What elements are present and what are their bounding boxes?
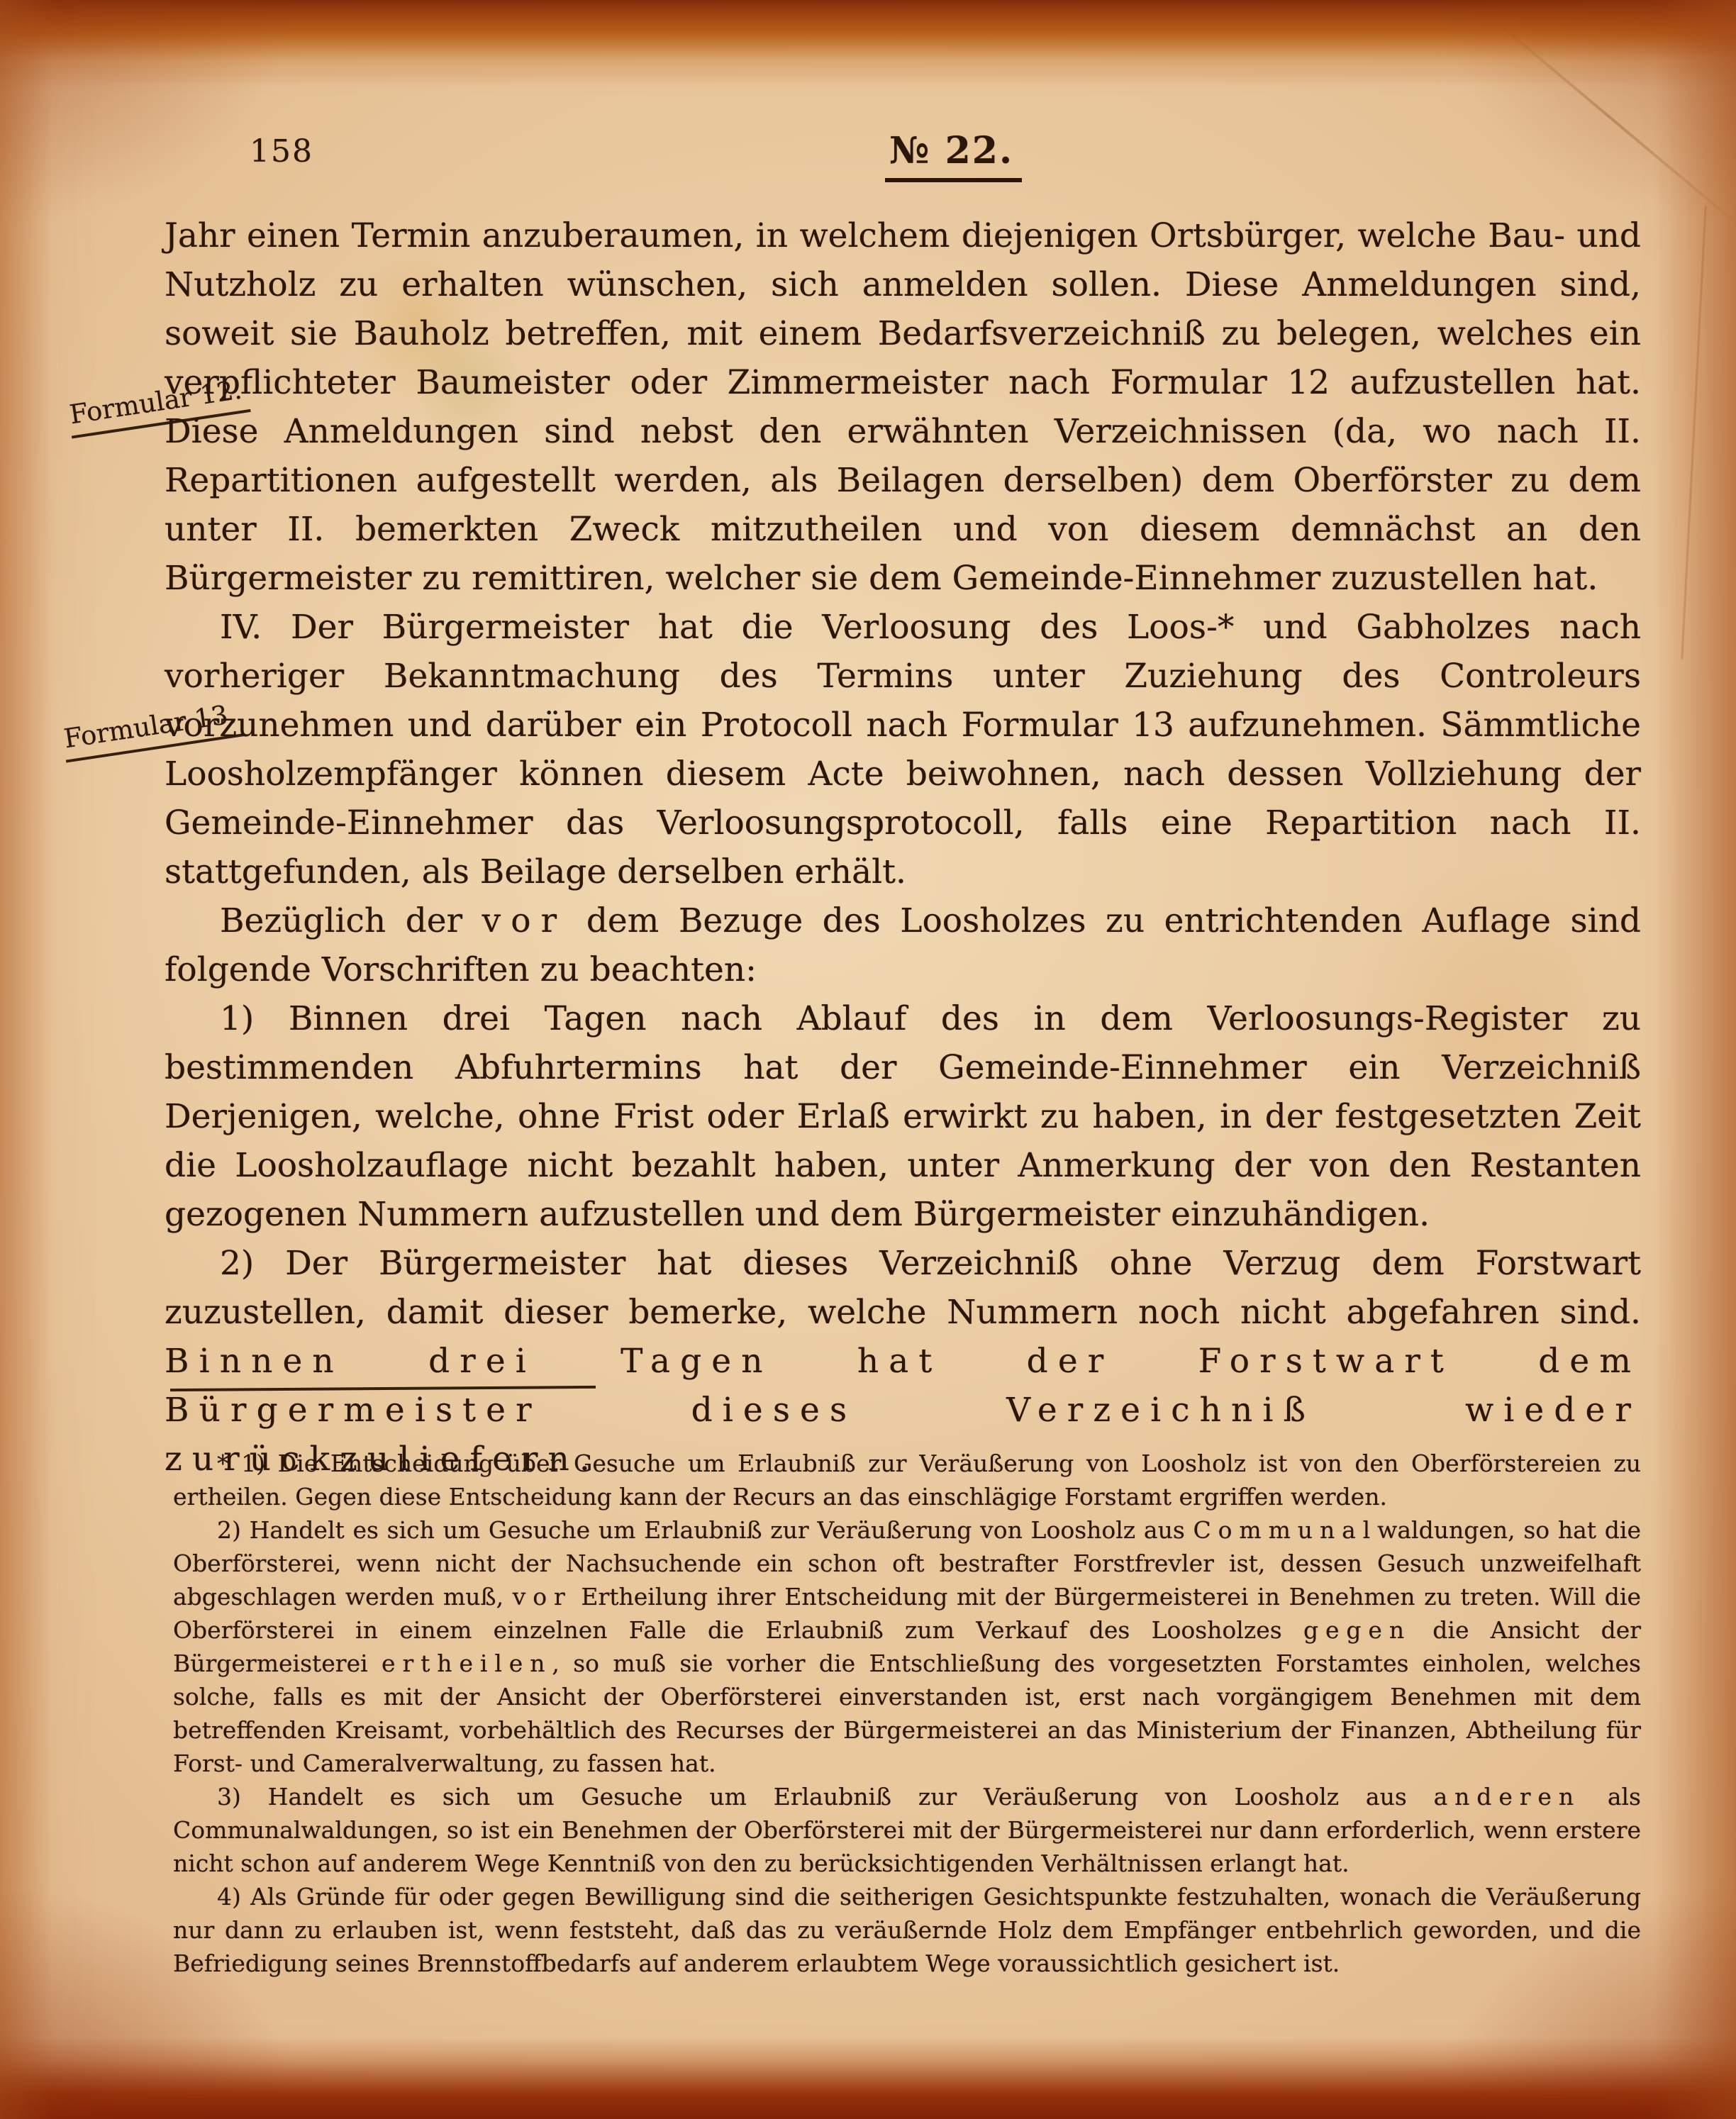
page-number: 158 <box>250 133 313 169</box>
text-segment: * 1) Die Entscheidung über Gesuche um Er… <box>173 1450 1641 1511</box>
corner-shading-top-left <box>0 0 298 227</box>
text-segment: 3) Handelt es sich um Gesuche um Erlaubn… <box>217 1783 1434 1811</box>
footnote: 4) Als Gründe für oder gegen Bewilligung… <box>173 1880 1641 1980</box>
footnote: 2) Handelt es sich um Gesuche um Erlaubn… <box>173 1513 1641 1780</box>
text-segment: gegen <box>1303 1616 1411 1644</box>
text-segment: 2) Handelt es sich um Gesuche um Erlaubn… <box>217 1516 1193 1544</box>
paragraph: IV. Der Bürgermeister hat die Verloosung… <box>165 603 1641 896</box>
page-left-edge-shadow <box>0 0 53 2119</box>
issue-number: № 22. <box>885 129 1022 182</box>
footnote: 3) Handelt es sich um Gesuche um Erlaubn… <box>173 1780 1641 1880</box>
text-segment: 1) Binnen drei Tagen nach Ablauf des in … <box>165 999 1641 1234</box>
page-top-edge-shadow <box>0 0 1736 89</box>
paragraph: 1) Binnen drei Tagen nach Ablauf des in … <box>165 994 1641 1239</box>
text-segment: ertheilen <box>382 1650 552 1677</box>
page-bottom-edge-shadow <box>0 2037 1736 2119</box>
text-segment: vor <box>513 1583 572 1611</box>
text-segment: vor <box>482 901 567 940</box>
text-segment: IV. Der Bürgermeister hat die Verloosung… <box>165 608 1641 891</box>
text-segment: Communal <box>1193 1516 1378 1544</box>
text-segment: Bezüglich der <box>220 901 482 940</box>
body-text: Jahr einen Termin anzuberaumen, in welch… <box>165 211 1641 1484</box>
text-segment: 2) Der Bürgermeister hat dieses Verzeich… <box>165 1244 1641 1332</box>
text-segment: anderen <box>1434 1783 1581 1811</box>
paragraph: Bezüglich der vor dem Bezuge des Looshol… <box>165 896 1641 994</box>
footnotes: * 1) Die Entscheidung über Gesuche um Er… <box>173 1447 1641 1980</box>
corner-shading-top-right <box>1438 0 1736 227</box>
footnote: * 1) Die Entscheidung über Gesuche um Er… <box>173 1447 1641 1513</box>
paragraph: Jahr einen Termin anzuberaumen, in welch… <box>165 211 1641 603</box>
text-segment: 4) Als Gründe für oder gegen Bewilligung… <box>173 1883 1641 1977</box>
paper-crease <box>1681 206 1706 659</box>
text-segment: Jahr einen Termin anzuberaumen, in welch… <box>165 216 1641 598</box>
scanned-document-page: 158 № 22. Formular 12. Formular 13. Jahr… <box>0 0 1736 2119</box>
paper-crease <box>1484 11 1736 233</box>
page-right-edge-shadow <box>1654 0 1736 2119</box>
